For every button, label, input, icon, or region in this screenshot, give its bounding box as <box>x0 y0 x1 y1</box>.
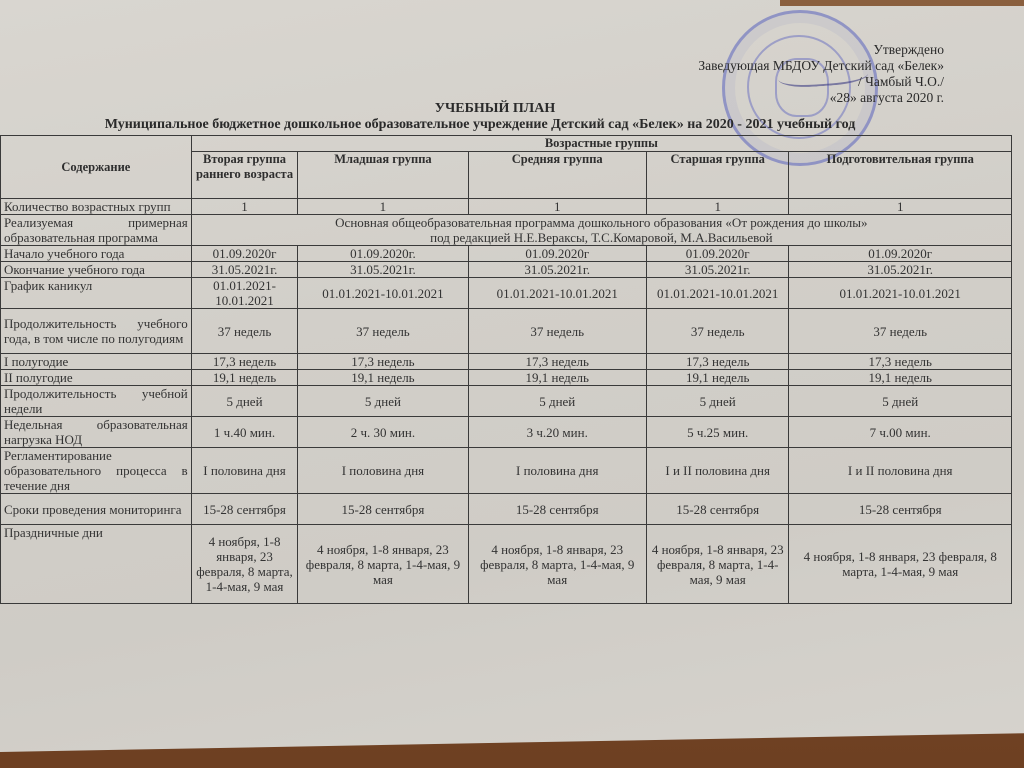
table-cell: 19,1 недель <box>298 370 468 386</box>
table-cell: 01.09.2020г <box>646 246 789 262</box>
table-cell: 37 недель <box>789 309 1012 354</box>
header-group-junior: Младшая группа <box>298 152 468 199</box>
table-row: Окончание учебного года 31.05.2021г. 31.… <box>1 262 1012 278</box>
table-row: Недельная образовательная нагрузка НОД 1… <box>1 417 1012 448</box>
approval-position: Заведующая МБДОУ Детский сад «Белек» <box>698 58 944 74</box>
table-row: Продолжительность учебной недели 5 дней … <box>1 386 1012 417</box>
table-cell: 4 ноября, 1-8 января, 23 февраля, 8 март… <box>298 525 468 604</box>
table-cell: 01.01.2021-10.01.2021 <box>191 278 298 309</box>
row-label: Количество возрастных групп <box>1 199 192 215</box>
table-cell: 37 недель <box>298 309 468 354</box>
table-cell: 5 дней <box>191 386 298 417</box>
row-label: График каникул <box>1 278 192 309</box>
document-title: УЧЕБНЫЙ ПЛАН <box>0 101 990 117</box>
table-cell: 1 <box>646 199 789 215</box>
table-cell: I половина дня <box>298 448 468 494</box>
table-cell: 31.05.2021г. <box>191 262 298 278</box>
table-cell: I и II половина дня <box>789 448 1012 494</box>
table-cell: 17,3 недель <box>789 354 1012 370</box>
approval-block: Утверждено Заведующая МБДОУ Детский сад … <box>698 42 944 106</box>
row-label: Регламентирование образовательного проце… <box>1 448 192 494</box>
table-cell: 15-28 сентября <box>468 494 646 525</box>
table-cell: 01.09.2020г <box>468 246 646 262</box>
header-age-groups: Возрастные группы <box>191 136 1011 152</box>
table-cell: I половина дня <box>191 448 298 494</box>
table-cell: 31.05.2021г. <box>789 262 1012 278</box>
row-label: Окончание учебного года <box>1 262 192 278</box>
table-edge-strip <box>780 0 1024 6</box>
table-cell: 17,3 недель <box>646 354 789 370</box>
row-label: Продолжительность учебной недели <box>1 386 192 417</box>
row-label: Праздничные дни <box>1 525 192 604</box>
document-subtitle: Муниципальное бюджетное дошкольное образ… <box>0 117 960 133</box>
row-label: Продолжительность учебного года, в том ч… <box>1 309 192 354</box>
table-cell: I половина дня <box>468 448 646 494</box>
table-cell: 5 дней <box>789 386 1012 417</box>
table-cell: 5 дней <box>646 386 789 417</box>
table-row: II полугодие 19,1 недель 19,1 недель 19,… <box>1 370 1012 386</box>
table-row: Регламентирование образовательного проце… <box>1 448 1012 494</box>
table-row: I полугодие 17,3 недель 17,3 недель 17,3… <box>1 354 1012 370</box>
table-cell: 15-28 сентября <box>191 494 298 525</box>
table-cell: 31.05.2021г. <box>646 262 789 278</box>
program-line-1: Основная общеобразовательная программа д… <box>195 215 1008 230</box>
table-cell: 3 ч.20 мин. <box>468 417 646 448</box>
table-cell: 5 ч.25 мин. <box>646 417 789 448</box>
table-cell: 37 недель <box>468 309 646 354</box>
curriculum-table: Содержание Возрастные группы Вторая груп… <box>0 135 1012 604</box>
table-cell: 17,3 недель <box>468 354 646 370</box>
table-cell: 19,1 недель <box>468 370 646 386</box>
table-cell: I и II половина дня <box>646 448 789 494</box>
table-cell: 37 недель <box>646 309 789 354</box>
table-cell: 4 ноября, 1-8 января, 23 февраля, 8 март… <box>646 525 789 604</box>
header-group-senior: Старшая группа <box>646 152 789 199</box>
program-line-2: под редакцией Н.Е.Вераксы, Т.С.Комаровой… <box>195 230 1008 245</box>
table-cell: 19,1 недель <box>789 370 1012 386</box>
table-row: Начало учебного года 01.09.2020г 01.09.2… <box>1 246 1012 262</box>
table-cell: 01.09.2020г <box>191 246 298 262</box>
table-cell: 19,1 недель <box>646 370 789 386</box>
table-cell: 31.05.2021г. <box>468 262 646 278</box>
header-group-middle: Средняя группа <box>468 152 646 199</box>
table-cell: 17,3 недель <box>191 354 298 370</box>
header-group-early: Вторая группа раннего возраста <box>191 152 298 199</box>
table-cell: 01.09.2020г. <box>298 246 468 262</box>
table-row: Продолжительность учебного года, в том ч… <box>1 309 1012 354</box>
row-label: II полугодие <box>1 370 192 386</box>
table-cell: 7 ч.00 мин. <box>789 417 1012 448</box>
approval-heading: Утверждено <box>698 42 944 58</box>
row-label: Начало учебного года <box>1 246 192 262</box>
table-cell: 4 ноября, 1-8 января, 23 февраля, 8 март… <box>191 525 298 604</box>
approval-signatory: / Чамбый Ч.О./ <box>698 74 944 90</box>
header-group-preparatory: Подготовительная группа <box>789 152 1012 199</box>
table-row: Праздничные дни 4 ноября, 1-8 января, 23… <box>1 525 1012 604</box>
table-cell: 37 недель <box>191 309 298 354</box>
table-cell: 01.01.2021-10.01.2021 <box>789 278 1012 309</box>
table-cell: 01.01.2021-10.01.2021 <box>468 278 646 309</box>
table-cell: 1 <box>468 199 646 215</box>
table-cell: 5 дней <box>298 386 468 417</box>
header-content: Содержание <box>1 136 192 199</box>
table-cell: 1 <box>191 199 298 215</box>
row-label: Сроки проведения мониторинга <box>1 494 192 525</box>
table-cell: 01.01.2021-10.01.2021 <box>298 278 468 309</box>
row-label: I полугодие <box>1 354 192 370</box>
table-cell: 2 ч. 30 мин. <box>298 417 468 448</box>
table-cell: 1 <box>789 199 1012 215</box>
table-cell: 5 дней <box>468 386 646 417</box>
table-cell: 31.05.2021г. <box>298 262 468 278</box>
table-cell: 1 ч.40 мин. <box>191 417 298 448</box>
table-row: График каникул 01.01.2021-10.01.2021 01.… <box>1 278 1012 309</box>
table-cell: 1 <box>298 199 468 215</box>
table-cell: 15-28 сентября <box>789 494 1012 525</box>
table-cell: 15-28 сентября <box>646 494 789 525</box>
row-label: Реализуемая примерная образовательная пр… <box>1 215 192 246</box>
table-header-row: Содержание Возрастные группы <box>1 136 1012 152</box>
table-cell: 4 ноября, 1-8 января, 23 февраля, 8 март… <box>789 525 1012 604</box>
table-cell: 01.09.2020г <box>789 246 1012 262</box>
table-cell: 4 ноября, 1-8 января, 23 февраля, 8 март… <box>468 525 646 604</box>
table-cell: 17,3 недель <box>298 354 468 370</box>
document-page: Утверждено Заведующая МБДОУ Детский сад … <box>0 0 1024 752</box>
table-cell: 15-28 сентября <box>298 494 468 525</box>
table-cell: 19,1 недель <box>191 370 298 386</box>
table-cell: 01.01.2021-10.01.2021 <box>646 278 789 309</box>
table-row: Реализуемая примерная образовательная пр… <box>1 215 1012 246</box>
table-row: Сроки проведения мониторинга 15-28 сентя… <box>1 494 1012 525</box>
program-cell: Основная общеобразовательная программа д… <box>191 215 1011 246</box>
row-label: Недельная образовательная нагрузка НОД <box>1 417 192 448</box>
table-row: Количество возрастных групп 1 1 1 1 1 <box>1 199 1012 215</box>
